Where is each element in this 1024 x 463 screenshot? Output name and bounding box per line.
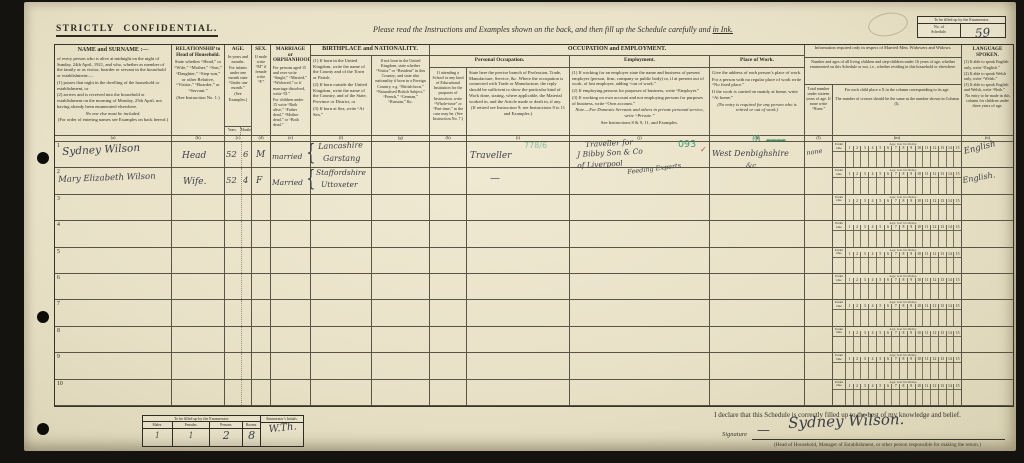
cell-language xyxy=(962,300,1013,325)
col-marriage-title: MARRIAGE or ORPHANHOOD. xyxy=(273,47,308,64)
cell-occupation xyxy=(467,195,570,220)
grid-age-number: 4 xyxy=(868,384,876,389)
cell-employment xyxy=(570,380,710,405)
cell-name: 10 xyxy=(55,380,172,405)
grid-age-number: 14 xyxy=(946,331,954,336)
cell-children-ages: Under OneAge last birthday.1234567891011… xyxy=(833,168,962,193)
enumerator-value: 1 xyxy=(173,429,211,446)
signature-label: Signature xyxy=(722,431,747,438)
grid-age-cell xyxy=(854,390,862,405)
group-header-occupation: OCCUPATION and EMPLOYMENT. xyxy=(430,45,805,56)
enumerator-box-left: To be filled up by the Enumerator. Males… xyxy=(143,416,261,446)
grid-age-cell xyxy=(931,205,939,220)
grid-age-number: 4 xyxy=(868,172,876,177)
column-letter: (a) xyxy=(55,136,172,141)
col-marriage-body: For persons aged 15 and over write “Sing… xyxy=(273,65,308,96)
grid-age-number: 1 xyxy=(846,331,853,336)
grid-age-cell xyxy=(908,258,916,273)
cell-education xyxy=(430,353,467,378)
grid-age-number: 8 xyxy=(899,225,907,230)
col-age-note: For infants under one month state “Under… xyxy=(227,65,249,91)
entry-relationship-row1: Head xyxy=(182,152,206,161)
grid-age-cell xyxy=(947,205,955,220)
enumerator-value: 2 xyxy=(210,429,243,446)
occupation-group-title: OCCUPATION and EMPLOYMENT. xyxy=(430,45,804,53)
cell-education xyxy=(430,195,467,220)
grid-age-cell xyxy=(846,337,854,352)
grid-age-number: 10 xyxy=(915,225,923,230)
col-language-note: No entry to be made in this column for c… xyxy=(964,93,1011,108)
grid-age-cell xyxy=(939,152,947,167)
age-column-divider xyxy=(241,221,242,246)
punch-hole xyxy=(37,152,49,164)
grid-age-cell xyxy=(947,152,955,167)
col-children-total-body: Total number under sixteen years of age.… xyxy=(806,86,831,112)
cell-language xyxy=(962,380,1013,405)
schedule-box-title: To be filled up by the Enumerator. xyxy=(918,17,1005,24)
grid-age-cell xyxy=(923,363,931,378)
grid-age-number: 12 xyxy=(930,199,938,204)
schedule-number-label-line2: Schedule. xyxy=(918,30,960,35)
schedule-row: 8Under OneAge last birthday.123456789101… xyxy=(55,327,1013,353)
grid-age-cell xyxy=(916,363,924,378)
cell-relationship xyxy=(172,195,225,220)
col-birthplace-item1: (1) If born in the United Kingdom, write… xyxy=(313,58,369,81)
birthplace-brace-row1: { xyxy=(306,142,316,165)
row-number: 10 xyxy=(57,381,63,387)
cell-birthplace xyxy=(311,221,372,246)
grid-age-cell xyxy=(885,337,893,352)
cell-marriage xyxy=(271,300,311,325)
grid-age-number: 12 xyxy=(930,278,938,283)
grid-age-number: 4 xyxy=(868,357,876,362)
grid-age-cell xyxy=(939,363,947,378)
grid-age-cell xyxy=(877,258,885,273)
col-header-nationality: If not born in the United Kingdom, state… xyxy=(372,56,430,135)
cell-nationality xyxy=(372,221,430,246)
cell-place-of-work xyxy=(710,195,805,220)
fill-instruction-ink: in Ink. xyxy=(713,25,733,34)
grid-age-cell xyxy=(892,390,900,405)
col-header-name: NAME and SURNAME :— of every person who … xyxy=(55,45,172,135)
cell-relationship xyxy=(172,327,225,352)
grid-age-number: 1 xyxy=(846,199,853,204)
cell-place-of-work xyxy=(710,353,805,378)
entry-age-months-row1: 6 xyxy=(243,151,248,160)
cell-relationship xyxy=(172,274,225,299)
grid-age-number: 14 xyxy=(946,225,954,230)
cell-birthplace xyxy=(311,274,372,299)
grid-age-number: 10 xyxy=(915,146,923,151)
grid-age-cell xyxy=(900,390,908,405)
grid-age-number: 6 xyxy=(884,304,892,309)
fill-instruction-text: Please read the Instructions and Example… xyxy=(373,25,713,34)
grid-age-cell xyxy=(869,205,877,220)
cell-age xyxy=(225,300,252,325)
cell-language xyxy=(962,353,1013,378)
cell-occupation xyxy=(467,221,570,246)
children-group-title: Information required only in respect of … xyxy=(805,45,961,51)
grid-age-cell xyxy=(931,231,939,246)
column-letter: (g) xyxy=(372,136,430,141)
grid-age-number: 11 xyxy=(922,252,930,257)
grid-age-cell xyxy=(861,284,869,299)
cell-language xyxy=(962,221,1013,246)
grid-age-number: 15 xyxy=(953,225,961,230)
grid-age-cell xyxy=(900,258,908,273)
grid-age-number: 5 xyxy=(876,199,884,204)
grid-age-cell xyxy=(923,258,931,273)
cell-relationship xyxy=(172,353,225,378)
schedule-row: 5Under OneAge last birthday.123456789101… xyxy=(55,248,1013,274)
grid-age-cell xyxy=(908,178,916,193)
cell-marriage xyxy=(271,274,311,299)
grid-age-number: 8 xyxy=(899,384,907,389)
grid-age-cell xyxy=(877,363,885,378)
cell-language xyxy=(962,248,1013,273)
grid-age-cell xyxy=(931,310,939,325)
grid-age-number: 5 xyxy=(876,304,884,309)
grid-age-number: 10 xyxy=(915,278,923,283)
grid-age-number: 6 xyxy=(884,357,892,362)
grid-age-number: 3 xyxy=(860,357,868,362)
grid-age-cell xyxy=(954,363,961,378)
row-number: 9 xyxy=(57,354,60,360)
cell-age xyxy=(225,380,252,405)
grid-age-number: 13 xyxy=(938,225,946,230)
cell-birthplace xyxy=(311,195,372,220)
cell-nationality xyxy=(372,380,430,405)
grid-age-number: 8 xyxy=(899,199,907,204)
grid-age-cell xyxy=(885,231,893,246)
grid-age-number: 13 xyxy=(938,199,946,204)
cell-children-total xyxy=(805,195,833,220)
grid-age-cell xyxy=(931,363,939,378)
grid-age-cell xyxy=(900,231,908,246)
grid-age-number: 15 xyxy=(953,172,961,177)
grid-age-cell xyxy=(861,390,869,405)
col-employment-note: Note.—For Domestic Servants and others i… xyxy=(572,107,707,118)
grid-age-cell xyxy=(908,363,916,378)
enumerator-value: 1 xyxy=(143,429,173,446)
grid-age-number: 15 xyxy=(953,278,961,283)
grid-age-number: 10 xyxy=(915,384,923,389)
age-column-divider xyxy=(241,248,242,273)
grid-age-number: 12 xyxy=(930,252,938,257)
cell-education xyxy=(430,380,467,405)
grid-age-number: 1 xyxy=(846,357,853,362)
cell-birthplace xyxy=(311,327,372,352)
grid-age-number: 4 xyxy=(868,304,876,309)
col-birthplace-item2: (2) If born outside the United Kingdom, … xyxy=(313,82,369,105)
entry-birthplace-town-row1: Garstang xyxy=(323,155,360,163)
grid-age-number: 13 xyxy=(938,384,946,389)
grid-age-cell xyxy=(846,258,854,273)
grid-age-cell xyxy=(846,231,854,246)
grid-age-cell xyxy=(954,337,961,352)
grid-age-cell xyxy=(923,390,931,405)
place-of-work-title: Place of Work. xyxy=(710,56,804,64)
entry-marriage-row1: married xyxy=(272,153,302,161)
age-column-divider xyxy=(241,327,242,352)
cell-age xyxy=(225,353,252,378)
grid-age-cell xyxy=(954,205,961,220)
signature-handwritten: Sydney Wilson. xyxy=(788,412,904,431)
grid-age-number: 12 xyxy=(930,331,938,336)
grid-age-cell xyxy=(939,284,947,299)
grid-age-number: 3 xyxy=(860,331,868,336)
grid-age-cell xyxy=(861,258,869,273)
col-age-foot: (See Examples.) xyxy=(227,91,249,101)
cell-relationship xyxy=(172,380,225,405)
col-header-place-of-work: Give the address of each person’s place … xyxy=(710,68,805,135)
grid-age-cell xyxy=(947,178,955,193)
grid-age-number: 3 xyxy=(860,225,868,230)
cell-language xyxy=(962,327,1013,352)
grid-age-number: 2 xyxy=(853,252,861,257)
grid-age-cell xyxy=(923,284,931,299)
grid-age-cell xyxy=(947,310,955,325)
grid-age-cell xyxy=(954,231,961,246)
col-pow-item3: If the work is carried on mainly at home… xyxy=(712,89,802,100)
cell-sex xyxy=(252,221,271,246)
cell-marriage xyxy=(271,248,311,273)
grid-age-cell xyxy=(869,152,877,167)
grid-age-cell xyxy=(885,390,893,405)
grid-age-cell xyxy=(939,310,947,325)
grid-age-number: 14 xyxy=(946,384,954,389)
grid-age-cell xyxy=(885,152,893,167)
children-group-subtitle-cell: Number and ages of all living children a… xyxy=(805,58,962,85)
birthplace-group-title: BIRTHPLACE and NATIONALITY. xyxy=(311,45,429,53)
cell-children-total xyxy=(805,327,833,352)
col-name-item2: (2) arrives and is received into the hou… xyxy=(57,92,169,109)
grid-age-cell xyxy=(877,310,885,325)
entry-marriage-row2: Married xyxy=(272,179,303,187)
employment-title: Employment. xyxy=(570,56,709,64)
subgroup-header-place-of-work: Place of Work. xyxy=(710,56,805,68)
children-age-grid: Under OneAge last birthday.1234567891011… xyxy=(833,380,961,405)
grid-age-number: 6 xyxy=(884,146,892,151)
grid-age-cell xyxy=(939,258,947,273)
grid-age-cell xyxy=(846,363,854,378)
cell-children-total xyxy=(805,248,833,273)
age-column-divider xyxy=(241,195,242,220)
grid-age-number: 9 xyxy=(907,172,915,177)
age-column-divider xyxy=(241,168,242,193)
grid-age-number: 5 xyxy=(876,384,884,389)
cell-occupation xyxy=(467,327,570,352)
grid-age-number: 3 xyxy=(860,384,868,389)
cell-nationality xyxy=(372,248,430,273)
cell-nationality xyxy=(372,195,430,220)
grid-age-number: 13 xyxy=(938,331,946,336)
personal-occupation-title: Personal Occupation. xyxy=(430,56,569,64)
grid-age-number: 7 xyxy=(891,172,899,177)
grid-age-number: 12 xyxy=(930,225,938,230)
grid-age-number: 9 xyxy=(907,331,915,336)
grid-age-cell xyxy=(869,258,877,273)
grid-age-number: 15 xyxy=(953,357,961,362)
col-sex-body: If male write “M” if female write “F.” xyxy=(254,54,268,85)
grid-age-cell xyxy=(892,310,900,325)
cell-education xyxy=(430,221,467,246)
grid-age-number: 10 xyxy=(915,304,923,309)
cell-sex xyxy=(252,248,271,273)
cell-name: 6 xyxy=(55,274,172,299)
grid-age-cell xyxy=(846,205,854,220)
grid-age-cell xyxy=(877,390,885,405)
grid-age-cell xyxy=(892,337,900,352)
grid-age-cell xyxy=(833,178,846,193)
grid-age-cell xyxy=(908,205,916,220)
grid-age-cell xyxy=(931,284,939,299)
entry-age-years-row2: 52 xyxy=(226,177,237,186)
grid-age-cell xyxy=(923,310,931,325)
cell-education xyxy=(430,248,467,273)
grid-age-cell xyxy=(954,390,961,405)
grid-age-number: 12 xyxy=(930,384,938,389)
col-employment-item3: (3) If working on own account and not em… xyxy=(572,95,707,106)
grid-age-number: 2 xyxy=(853,146,861,151)
col-name-foot: (For order of entering names see Example… xyxy=(57,117,169,123)
column-letter: (b) xyxy=(172,136,225,141)
grid-age-cell xyxy=(923,205,931,220)
grid-age-number: 1 xyxy=(846,252,853,257)
grid-age-cell xyxy=(846,178,854,193)
enumerator-column-labels: Males.Females.Persons.Rooms. xyxy=(143,422,260,429)
cell-sex xyxy=(252,300,271,325)
cell-nationality xyxy=(372,300,430,325)
cell-name: 7 xyxy=(55,300,172,325)
grid-age-number: 7 xyxy=(891,146,899,151)
col-marriage-body2: For children under 15 write “Both alive,… xyxy=(273,97,308,128)
cell-occupation xyxy=(467,300,570,325)
grid-age-number: 3 xyxy=(860,278,868,283)
grid-age-cell xyxy=(954,258,961,273)
grid-age-cell xyxy=(833,390,846,405)
grid-age-number: 15 xyxy=(953,199,961,204)
cell-sex xyxy=(252,353,271,378)
grid-age-number: 10 xyxy=(915,331,923,336)
grid-age-cell xyxy=(861,205,869,220)
col-name-note: No one else must be included. xyxy=(57,111,169,117)
col-pow-item1: Give the address of each person’s place … xyxy=(712,70,802,76)
grid-age-cell xyxy=(916,178,924,193)
grid-age-cell xyxy=(900,178,908,193)
grid-age-cell xyxy=(869,337,877,352)
col-employment-foot: See Instructions 8 & 9, 11, and Examples… xyxy=(572,120,707,126)
cell-language xyxy=(962,195,1013,220)
row-number: 8 xyxy=(57,328,60,334)
grid-age-cell xyxy=(877,178,885,193)
grid-age-cell xyxy=(900,284,908,299)
subgroup-header-personal-occupation: Personal Occupation. xyxy=(430,56,570,68)
grid-age-cell xyxy=(916,258,924,273)
entry-birthplace-county-row1: Lancashire xyxy=(318,141,363,151)
grid-age-cell xyxy=(877,337,885,352)
grid-age-number: 7 xyxy=(891,304,899,309)
col-name-title: NAME and SURNAME :— xyxy=(57,47,169,54)
employment-code-row1: 093 xyxy=(678,140,696,150)
children-age-grid: Under OneAge last birthday.1234567891011… xyxy=(833,353,961,378)
entry-occupation-row1: Traveller xyxy=(470,152,511,161)
cell-nationality xyxy=(372,327,430,352)
grid-age-number: 6 xyxy=(884,278,892,283)
grid-age-cell xyxy=(931,152,939,167)
grid-age-number: 12 xyxy=(930,172,938,177)
grid-age-cell xyxy=(869,178,877,193)
cell-nationality xyxy=(372,168,430,193)
grid-age-cell xyxy=(923,178,931,193)
col-header-occupation: State here the precise branch of Profess… xyxy=(467,68,570,135)
grid-age-cell xyxy=(892,178,900,193)
cell-sex xyxy=(252,195,271,220)
schedule-row: 4Under OneAge last birthday.123456789101… xyxy=(55,221,1013,247)
grid-age-number: 14 xyxy=(946,199,954,204)
cell-children-ages: Under OneAge last birthday.1234567891011… xyxy=(833,353,962,378)
children-age-grid: Under OneAge last birthday.1234567891011… xyxy=(833,300,961,325)
col-employment-item2: (2) If employing persons for purposes of… xyxy=(572,88,707,94)
grid-age-number: 9 xyxy=(907,146,915,151)
grid-age-cell xyxy=(854,152,862,167)
cell-name: 3 xyxy=(55,195,172,220)
grid-age-number: 1 xyxy=(846,146,853,151)
age-years-label: Years. xyxy=(225,127,241,135)
cell-children-ages: Under OneAge last birthday.1234567891011… xyxy=(833,327,962,352)
grid-age-cell xyxy=(954,178,961,193)
entry-occupation-row2: — xyxy=(490,174,500,184)
grid-age-cell xyxy=(931,390,939,405)
cell-children-ages: Under OneAge last birthday.1234567891011… xyxy=(833,142,962,167)
age-column-divider xyxy=(241,353,242,378)
group-header-children: Information required only in respect of … xyxy=(805,45,962,58)
column-letter: (m) xyxy=(833,136,962,141)
grid-age-number: 11 xyxy=(922,278,930,283)
grid-age-number: 5 xyxy=(876,357,884,362)
grid-age-number: 5 xyxy=(876,146,884,151)
grid-age-cell xyxy=(939,231,947,246)
cell-place-of-work xyxy=(710,380,805,405)
grid-age-cell xyxy=(885,205,893,220)
schedule-number-label: No. of Schedule. xyxy=(918,24,961,37)
grid-age-cell xyxy=(892,205,900,220)
entry-age-months-row2: 4 xyxy=(243,177,248,186)
column-letter: (c) xyxy=(225,136,252,141)
grid-age-cell xyxy=(869,284,877,299)
grid-age-cell xyxy=(861,337,869,352)
grid-under-one-label: Under One xyxy=(833,274,846,283)
grid-age-cell xyxy=(854,178,862,193)
grid-age-number: 14 xyxy=(946,172,954,177)
grid-age-number: 6 xyxy=(884,172,892,177)
col-header-relationship: RELATIONSHIP to Head of Household. State… xyxy=(172,45,225,135)
grid-age-cell xyxy=(869,231,877,246)
cell-children-total xyxy=(805,221,833,246)
row-number: 7 xyxy=(57,301,60,307)
row-number: 4 xyxy=(57,222,60,228)
schedule-number-value: 59 xyxy=(975,27,991,40)
grid-age-number: 2 xyxy=(853,304,861,309)
grid-age-number: 5 xyxy=(876,252,884,257)
schedule-row: 3Under OneAge last birthday.123456789101… xyxy=(55,195,1013,221)
col-age-body: In years and months. xyxy=(227,54,249,64)
cell-children-ages: Under OneAge last birthday.1234567891011… xyxy=(833,380,962,405)
grid-age-number: 1 xyxy=(846,278,853,283)
grid-age-cell xyxy=(833,152,846,167)
grid-age-number: 13 xyxy=(938,357,946,362)
check-mark: ✓ xyxy=(700,146,707,154)
